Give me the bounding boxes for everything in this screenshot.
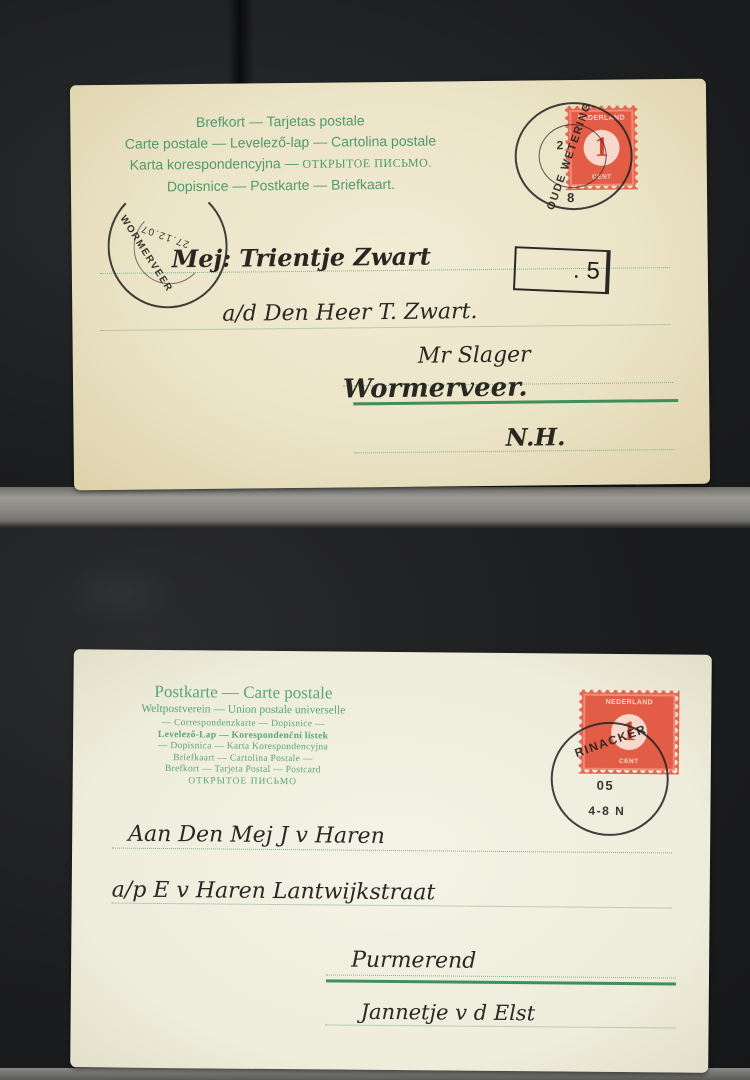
printed-header-cyrillic: ОТКРЫТОЕ ПИСЬМО.: [302, 156, 432, 171]
postcard-bottom: Postkarte — Carte postale Weltpostverein…: [70, 649, 712, 1073]
postmark-place: RINACKER: [573, 722, 649, 760]
postmark-year: 05: [597, 778, 615, 793]
address-line-3: [326, 974, 676, 978]
handwritten-occupation: Mr Slager: [418, 343, 531, 369]
handwritten-care-of: a/p E v Haren Lantwijkstraat: [112, 878, 436, 906]
printed-header-block: Postkarte — Carte postale Weltpostverein…: [103, 681, 384, 788]
handwritten-recipient: Aan Den Mej J v Haren: [128, 822, 385, 849]
printed-line-cyrillic: ОТКРЫТОЕ ПИСЬМО: [103, 775, 383, 789]
postmark-date: 2: [556, 138, 564, 152]
handwritten-sender: Jannetje v d Elst: [361, 1000, 536, 1026]
handwritten-recipient: Mej: Trientje Zwart: [172, 242, 431, 274]
postcard-top: Brefkort — Tarjetas postale Carte postal…: [70, 79, 710, 491]
handwritten-town: Wormerveer.: [343, 373, 528, 405]
postmark-time: 4-8 N: [588, 804, 625, 818]
address-line-2: [100, 324, 670, 331]
album-fold-shadow: [228, 0, 254, 90]
stamp-country: NEDERLAND: [606, 699, 654, 706]
postmark-oude-wetering: OUDE WETERING 2 8: [514, 101, 633, 210]
address-line-4: [326, 1024, 676, 1028]
album-sleeve-strip: [0, 487, 750, 529]
printed-title: Postkarte — Carte postale: [103, 681, 383, 703]
postmark-purmerend: RINACKER 05 4-8 N: [550, 721, 669, 836]
address-line-1: [112, 848, 672, 854]
printed-header-line-3-latin: Karta korespondencyjna —: [130, 155, 303, 173]
postmark-time: 8: [567, 190, 576, 205]
box-mark-5: . 5: [513, 246, 611, 294]
handwritten-province: N.H.: [505, 422, 565, 452]
printed-subtitle: Weltpostverein — Union postale universel…: [103, 701, 383, 717]
album-smudge: [60, 558, 180, 628]
handwritten-care-of: a/d Den Heer T. Zwart.: [222, 299, 477, 327]
handwritten-town: Purmerend: [351, 948, 476, 974]
address-green-rule: [326, 979, 676, 985]
